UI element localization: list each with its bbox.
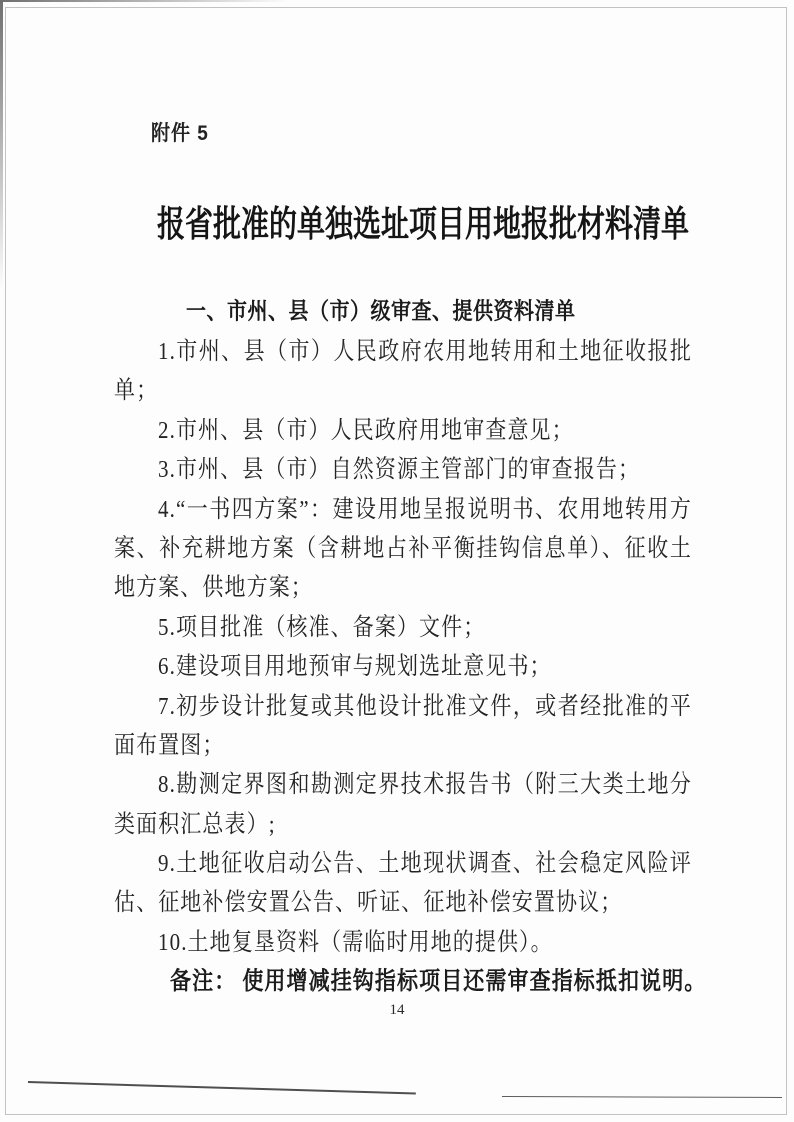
attachment-label: 附件 5 bbox=[151, 117, 209, 147]
note-text: 使用增减挂钩指标项目还需审查指标抵扣说明。 bbox=[242, 967, 706, 995]
page-title: 报省批准的单独选址项目用地报批材料清单 bbox=[135, 197, 711, 256]
page-number: 14 bbox=[0, 1002, 794, 1019]
scan-edge-top bbox=[0, 0, 290, 2]
scan-artifact-line-right bbox=[502, 1096, 782, 1098]
note-line: 备注：使用增减挂钩指标项目还需审查指标抵扣说明。 bbox=[170, 959, 692, 1005]
scan-edge-left bbox=[0, 0, 3, 290]
body-text: 1.市州、县（市）人民政府农用地转用和土地征收报批 单； 2.市州、县（市）人民… bbox=[114, 332, 692, 1002]
section-heading: 一、市州、县（市）级审查、提供资料清单 bbox=[186, 292, 576, 325]
note-label: 备注： bbox=[170, 967, 236, 995]
body-line: 6.建设项目用地预审与规划选址意见书； bbox=[114, 644, 692, 690]
scan-artifact-line-left bbox=[28, 1081, 416, 1094]
document-page: 附件 5 报省批准的单独选址项目用地报批材料清单 一、市州、县（市）级审查、提供… bbox=[0, 0, 794, 1122]
